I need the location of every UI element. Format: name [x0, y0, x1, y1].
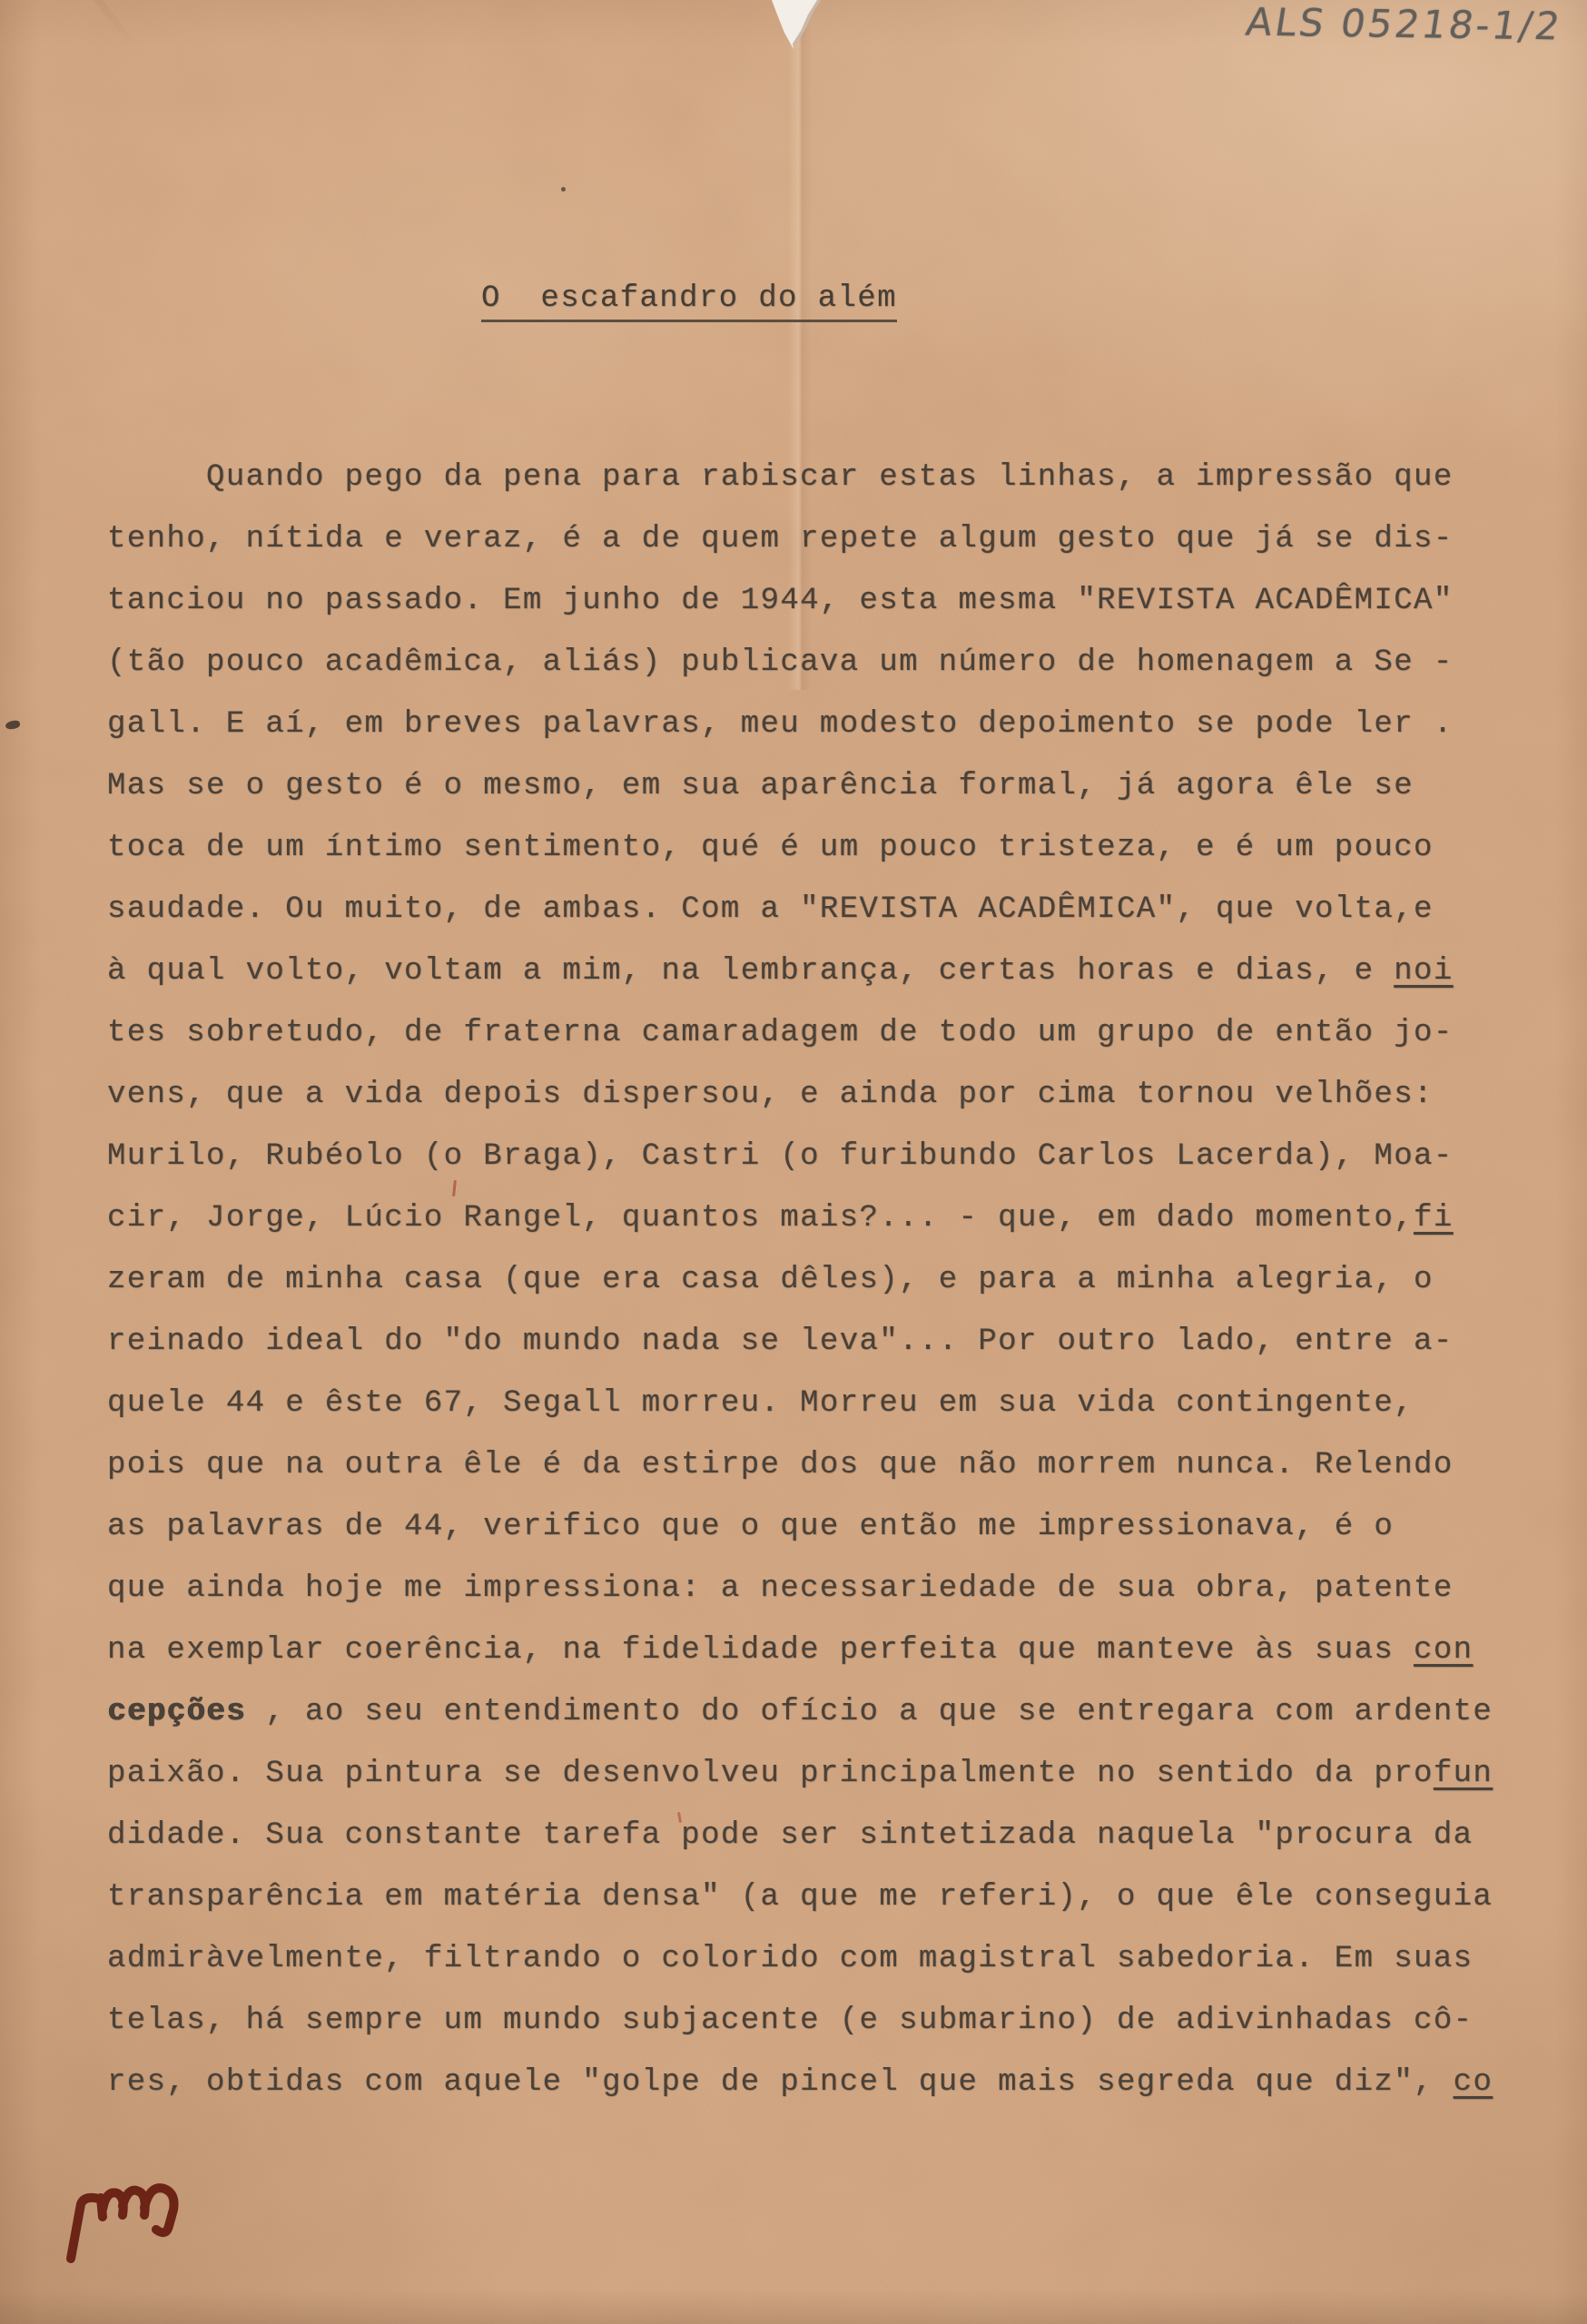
torn-paper-spot — [754, 0, 853, 64]
text-segment: pois que na outra êle é da estirpe dos q… — [107, 1448, 1454, 1482]
text-segment: Quando pego da pena para rabiscar estas … — [107, 460, 1454, 495]
text-segment: tes sobretudo, de fraterna camaradagem d… — [107, 1016, 1454, 1050]
typescript-line: cepções , ao seu entendimento do ofício … — [107, 1681, 1505, 1743]
typescript-line: as palavras de 44, verifico que o que en… — [107, 1496, 1505, 1558]
typescript-line: cir, Jorge, Lúcio Rangel, quantos mais?.… — [107, 1187, 1505, 1249]
text-segment: na exemplar coerência, na fidelidade per… — [107, 1633, 1414, 1668]
typescript-line: na exemplar coerência, na fidelidade per… — [107, 1620, 1505, 1681]
typescript-line: Mas se o gesto é o mesmo, em sua aparênc… — [107, 755, 1505, 817]
text-segment: transparência em matéria densa" (a que m… — [107, 1880, 1493, 1915]
text-segment: cir, Jorge, Lúcio Rangel, quantos mais?.… — [107, 1201, 1414, 1236]
underlined-text-segment: co — [1454, 2065, 1493, 2100]
text-segment: tenho, nítida e veraz, é a de quem repet… — [107, 522, 1454, 556]
text-segment: (tão pouco acadêmica, aliás) publicava u… — [107, 645, 1454, 680]
typescript-line: res, obtidas com aquele "golpe de pincel… — [107, 2052, 1505, 2113]
typescript-line: saudade. Ou muito, de ambas. Com a "REVI… — [107, 879, 1505, 940]
corner-crease — [8, 0, 137, 48]
text-segment: telas, há sempre um mundo subjacente (e … — [107, 2004, 1473, 2038]
text-segment: zeram de minha casa (que era casa dêles)… — [107, 1263, 1434, 1297]
text-segment: , ao seu entendimento do ofício a que se… — [246, 1695, 1493, 1729]
typescript-line: tenho, nítida e veraz, é a de quem repet… — [107, 508, 1505, 570]
typescript-line: pois que na outra êle é da estirpe dos q… — [107, 1434, 1505, 1496]
underlined-text-segment: fun — [1434, 1757, 1493, 1791]
archive-number-annotation: ALS 05218-1/2 — [1243, 0, 1565, 48]
text-segment: toca de um íntimo sentimento, qué é um p… — [107, 831, 1434, 865]
text-segment: res, obtidas com aquele "golpe de pincel… — [107, 2065, 1454, 2100]
typescript-line: que ainda hoje me impressiona: a necessa… — [107, 1558, 1505, 1620]
underlined-text-segment: con — [1414, 1633, 1473, 1668]
typescript-line: tanciou no passado. Em junho de 1944, es… — [107, 570, 1505, 632]
handwritten-monogram — [50, 2170, 286, 2297]
typescript-line: vens, que a vida depois dispersou, e ain… — [107, 1064, 1505, 1126]
underlined-text-segment: noi — [1394, 954, 1453, 989]
typescript-line: didade. Sua constante tarefa pode ser si… — [107, 1805, 1505, 1866]
overstruck-text-segment: cepções — [107, 1695, 246, 1729]
typescript-page: ALS 05218-1/2 O escafandro do além Quand… — [0, 0, 1587, 2324]
typescript-line: toca de um íntimo sentimento, qué é um p… — [107, 817, 1505, 879]
typescript-line: quele 44 e êste 67, Segall morreu. Morre… — [107, 1373, 1505, 1434]
text-segment: vens, que a vida depois dispersou, e ain… — [107, 1078, 1434, 1112]
text-segment: Murilo, Rubéolo (o Braga), Castri (o fur… — [107, 1139, 1454, 1174]
ink-speck — [5, 720, 20, 730]
text-segment: gall. E aí, em breves palavras, meu mode… — [107, 707, 1454, 742]
typescript-line: Murilo, Rubéolo (o Braga), Castri (o fur… — [107, 1126, 1505, 1187]
typescript-line: (tão pouco acadêmica, aliás) publicava u… — [107, 632, 1505, 694]
text-segment: admiràvelmente, filtrando o colorido com… — [107, 1942, 1473, 1976]
typescript-line: à qual volto, voltam a mim, na lembrança… — [107, 940, 1505, 1002]
text-segment: didade. Sua constante tarefa pode ser si… — [107, 1818, 1473, 1853]
typescript-line: paixão. Sua pintura se desenvolveu princ… — [107, 1743, 1505, 1805]
text-segment: as palavras de 44, verifico que o que en… — [107, 1510, 1394, 1544]
text-segment: reinado ideal do "do mundo nada se leva"… — [107, 1324, 1454, 1359]
text-segment: à qual volto, voltam a mim, na lembrança… — [107, 954, 1394, 989]
text-segment: saudade. Ou muito, de ambas. Com a "REVI… — [107, 892, 1434, 927]
typescript-line: telas, há sempre um mundo subjacente (e … — [107, 1990, 1505, 2052]
text-segment: que ainda hoje me impressiona: a necessa… — [107, 1571, 1454, 1606]
typescript-line: reinado ideal do "do mundo nada se leva"… — [107, 1311, 1505, 1373]
typescript-body: Quando pego da pena para rabiscar estas … — [107, 447, 1505, 2113]
text-segment: Mas se o gesto é o mesmo, em sua aparênc… — [107, 769, 1414, 803]
typescript-line: tes sobretudo, de fraterna camaradagem d… — [107, 1002, 1505, 1064]
typescript-line: zeram de minha casa (que era casa dêles)… — [107, 1249, 1505, 1311]
text-segment: tanciou no passado. Em junho de 1944, es… — [107, 584, 1454, 618]
paper-blemish-dot — [561, 187, 566, 192]
text-segment: paixão. Sua pintura se desenvolveu princ… — [107, 1757, 1434, 1791]
underlined-text-segment: fi — [1414, 1201, 1454, 1236]
typescript-line: Quando pego da pena para rabiscar estas … — [107, 447, 1505, 508]
text-segment: quele 44 e êste 67, Segall morreu. Morre… — [107, 1386, 1414, 1421]
document-title: O escafandro do além — [481, 281, 897, 322]
typescript-line: admiràvelmente, filtrando o colorido com… — [107, 1928, 1505, 1990]
typescript-line: gall. E aí, em breves palavras, meu mode… — [107, 694, 1505, 755]
typescript-line: transparência em matéria densa" (a que m… — [107, 1866, 1505, 1928]
